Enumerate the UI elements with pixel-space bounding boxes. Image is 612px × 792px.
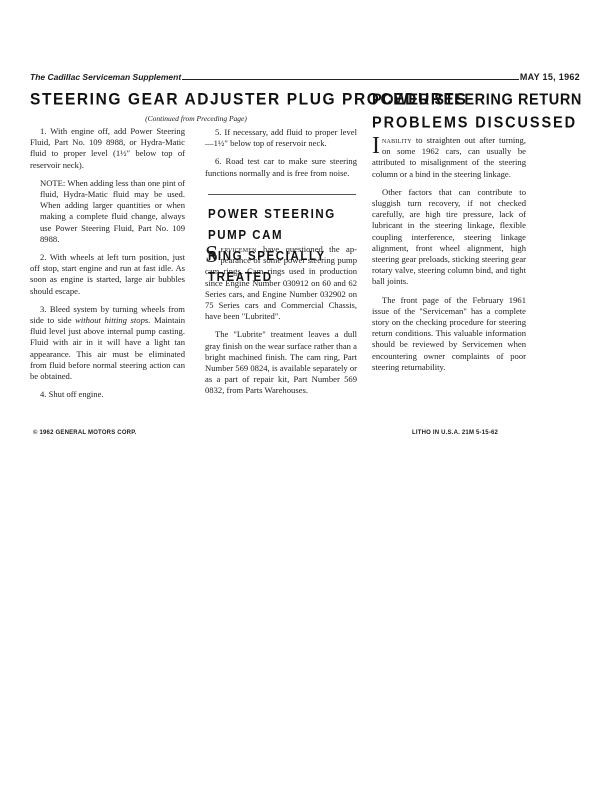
column-3-return-article: Inability to straighten out after turn­i… xyxy=(372,135,526,380)
step-3: 3. Bleed system by turning wheels from s… xyxy=(30,304,185,382)
copyright-notice: © 1962 GENERAL MOTORS CORP. xyxy=(33,430,137,436)
step-1: 1. With engine off, add Power Steer­ing … xyxy=(30,126,185,171)
column-2-top: 5. If necessary, add fluid to proper lev… xyxy=(205,127,357,186)
issue-date: MAY 15, 1962 xyxy=(520,72,580,82)
document-page: The Cadillac Serviceman Supplement MAY 1… xyxy=(0,0,612,792)
step-5: 5. If necessary, add fluid to proper lev… xyxy=(205,127,357,149)
step-6: 6. Road test car to make sure steer­ing … xyxy=(205,156,357,178)
step-2: 2. With wheels at left turn position, ju… xyxy=(30,252,185,297)
drop-cap: S xyxy=(205,245,218,265)
pump-paragraph-2: The "Lubrite" treatment leaves a dull gr… xyxy=(205,329,357,396)
header-rule xyxy=(182,79,519,80)
publication-name: The Cadillac Serviceman Supplement xyxy=(30,72,181,82)
column-1: 1. With engine off, add Power Steer­ing … xyxy=(30,126,185,407)
running-header: The Cadillac Serviceman Supplement MAY 1… xyxy=(30,68,580,82)
fluid-note: NOTE: When adding less than one pint of … xyxy=(40,178,185,245)
return-paragraph-1: Inability to straighten out after turn­i… xyxy=(372,135,526,180)
pump-paragraph-1: Servicemen have questioned the ap­pearan… xyxy=(205,244,357,322)
return-paragraph-3: The front page of the February 1961 issu… xyxy=(372,295,526,373)
step-4: 4. Shut off engine. xyxy=(30,389,185,400)
headline-adjuster-plug: STEERING GEAR ADJUSTER PLUG PROCEDURES xyxy=(30,90,360,110)
continued-note: (Continued from Preceding Page) xyxy=(30,114,362,123)
print-info: LITHO IN U.S.A. 21M 5-15-62 xyxy=(412,430,498,436)
section-divider xyxy=(208,194,356,195)
column-2-pump-article: Servicemen have questioned the ap­pearan… xyxy=(205,244,357,404)
step-3-emphasis: without hitting stops. xyxy=(75,315,150,325)
return-paragraph-2: Other factors that can contribute to slu… xyxy=(372,187,526,288)
drop-cap: I xyxy=(372,136,380,156)
headline-return-problems: POWER STEERING RETURN PROBLEMS DISCUSSED xyxy=(372,89,582,135)
